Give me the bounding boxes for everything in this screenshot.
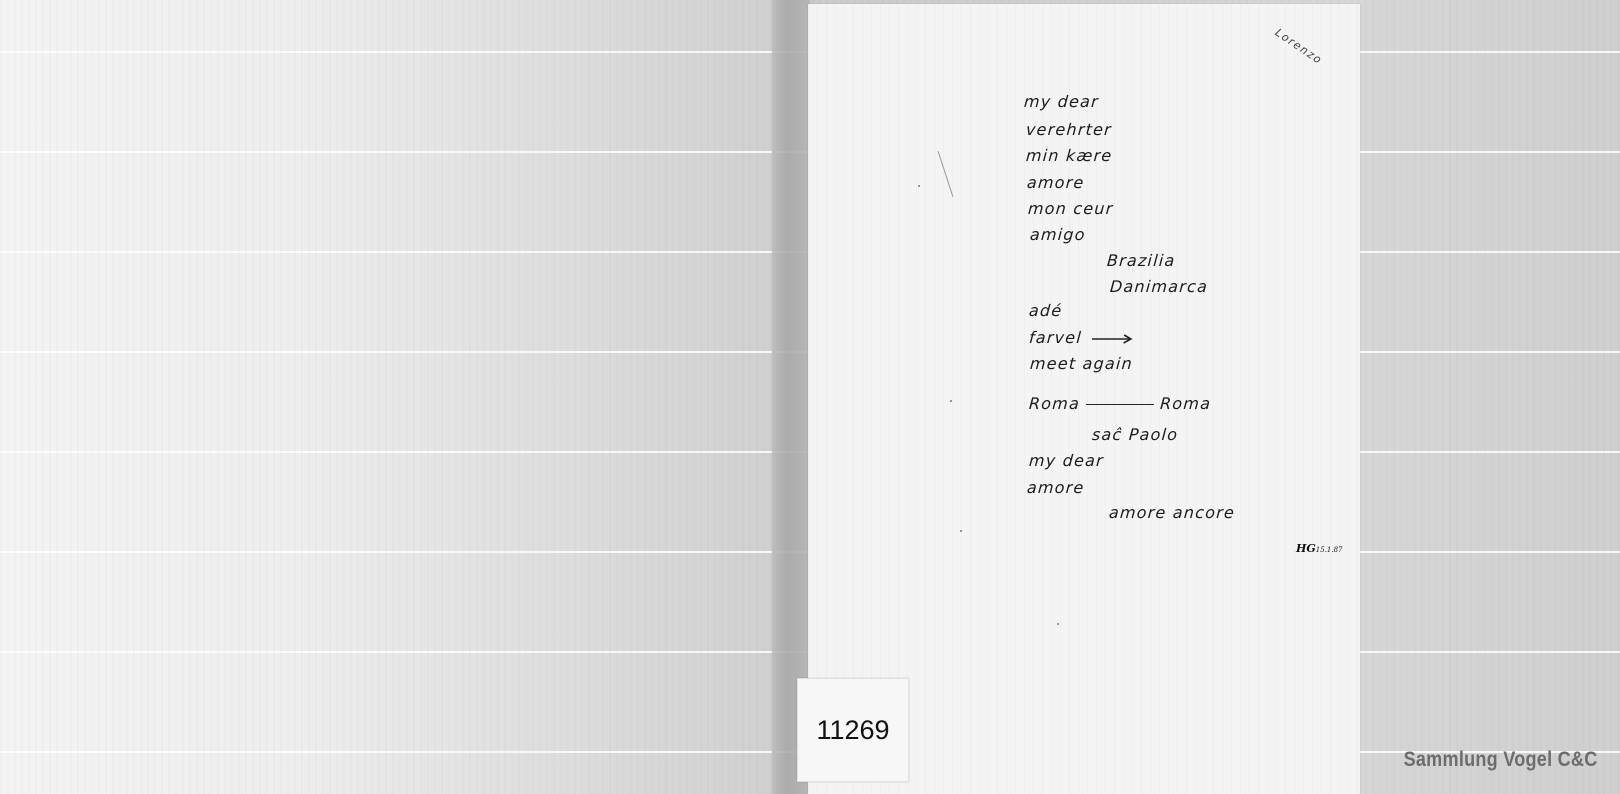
poem-line-with-arrow: farvel <box>1028 328 1135 347</box>
signature-date: 15.1.87 <box>1316 546 1343 554</box>
catalog-label: 11269 <box>797 678 909 782</box>
poem-line: mon ceur <box>1027 199 1114 218</box>
connector-line <box>1086 404 1154 405</box>
ink-speck <box>918 185 920 187</box>
poem-line: amigo <box>1029 225 1086 244</box>
poem-line-roma: RomaRoma <box>1028 394 1212 413</box>
ink-speck <box>1057 623 1059 625</box>
poem-line: verehrter <box>1025 120 1112 139</box>
catalog-number: 11269 <box>798 715 908 746</box>
poem-line: amore <box>1026 478 1085 497</box>
poem-line: meet again <box>1029 354 1133 373</box>
scanner-shadow-band <box>772 0 810 794</box>
poem-line: Danimarca <box>1109 277 1208 296</box>
poem-line: Brazilia <box>1106 251 1176 270</box>
signature: HG15.1.87 <box>1296 542 1343 555</box>
poem-line-left: Roma <box>1028 394 1080 413</box>
poem-line: adé <box>1028 301 1063 320</box>
poem-line: amore ancore <box>1108 503 1235 522</box>
collection-watermark: Sammlung Vogel C&C <box>1404 748 1598 772</box>
ink-speck <box>960 530 962 532</box>
poem-line-text: farvel <box>1028 328 1082 347</box>
poem-line: amore <box>1026 173 1085 192</box>
signature-initials: HG <box>1296 542 1316 555</box>
arrow-right-icon <box>1092 334 1135 344</box>
poem-line: saĉ Paolo <box>1091 425 1179 444</box>
poem-line: my dear <box>1023 92 1099 111</box>
poem-line-right: Roma <box>1159 394 1211 413</box>
ink-speck <box>950 400 952 402</box>
poem-line: min kære <box>1025 146 1113 165</box>
poem-line: my dear <box>1028 451 1104 470</box>
